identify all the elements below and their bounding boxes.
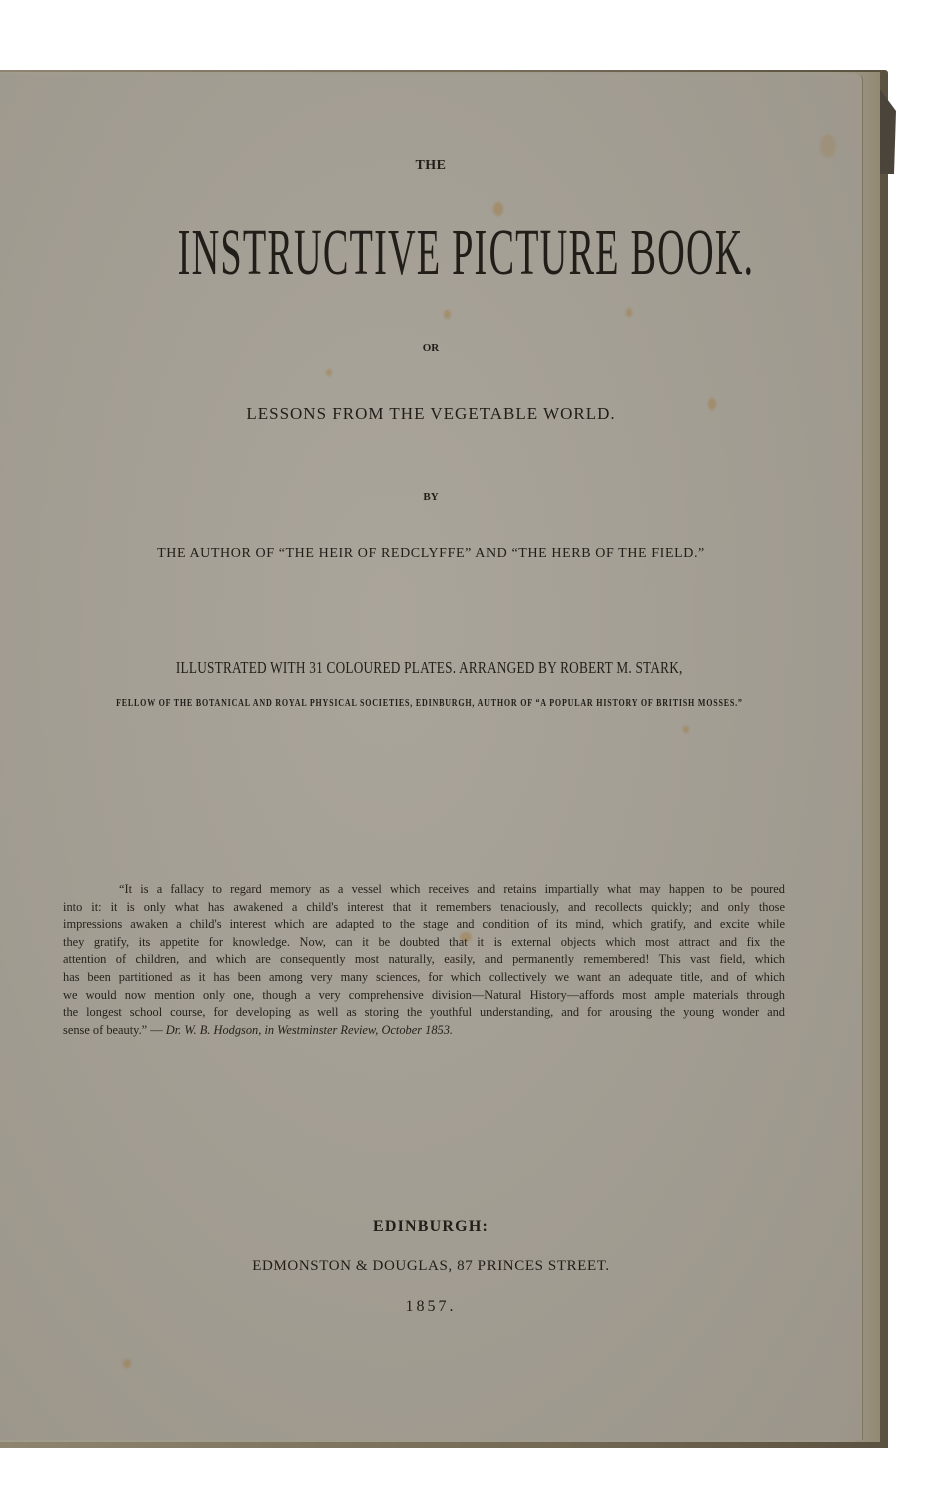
- foxing-spot: [683, 726, 689, 733]
- foxing-spot: [326, 369, 332, 376]
- arranger-credentials: FELLOW OF THE BOTANICAL AND ROYAL PHYSIC…: [85, 698, 775, 709]
- epigraph-line: we would now mention only one, though a …: [63, 987, 785, 1005]
- title-prefix: THE: [0, 158, 862, 174]
- imprint-publisher: EDMONSTON & DOUGLAS, 87 PRINCES STREET.: [0, 1258, 862, 1275]
- main-title: INSTRUCTIVE PICTURE BOOK.: [178, 220, 678, 286]
- epigraph-line: attention of children, and which are con…: [63, 951, 785, 969]
- imprint-city: EDINBURGH:: [0, 1218, 862, 1236]
- byline-by: BY: [0, 491, 862, 503]
- foxing-spot: [123, 1359, 131, 1368]
- epigraph-closing-text: sense of beauty.” —: [63, 1023, 166, 1037]
- foxing-spot: [626, 308, 632, 317]
- epigraph-line: into it: it is only what has awakened a …: [63, 899, 785, 917]
- epigraph-line: “It is a fallacy to regard memory as a v…: [63, 881, 785, 899]
- foxing-spot: [444, 310, 451, 319]
- epigraph-attribution: Dr. W. B. Hodgson, in Westminster Review…: [166, 1023, 453, 1037]
- illustration-credit: ILLUSTRATED WITH 31 COLOURED PLATES. ARR…: [93, 658, 765, 678]
- foxing-spot: [820, 134, 836, 158]
- title-connector-or: OR: [0, 342, 862, 354]
- book: THE INSTRUCTIVE PICTURE BOOK. OR LESSONS…: [0, 70, 890, 1448]
- subtitle: LESSONS FROM THE VEGETABLE WORLD.: [0, 404, 862, 424]
- imprint-year: 1857.: [0, 1298, 862, 1316]
- title-page: THE INSTRUCTIVE PICTURE BOOK. OR LESSONS…: [0, 74, 863, 1440]
- epigraph-line: has been partitioned as it has been amon…: [63, 969, 785, 987]
- epigraph: “It is a fallacy to regard memory as a v…: [63, 881, 785, 1039]
- epigraph-last-line: sense of beauty.” — Dr. W. B. Hodgson, i…: [63, 1022, 785, 1040]
- epigraph-line: they gratify, its appetite for knowledge…: [63, 934, 785, 952]
- foxing-spot: [493, 202, 503, 216]
- author-line: THE AUTHOR OF “THE HEIR OF REDCLYFFE” AN…: [0, 546, 862, 562]
- epigraph-line: the longest school course, for developin…: [63, 1004, 785, 1022]
- epigraph-line: impressions awaken a child's interest wh…: [63, 916, 785, 934]
